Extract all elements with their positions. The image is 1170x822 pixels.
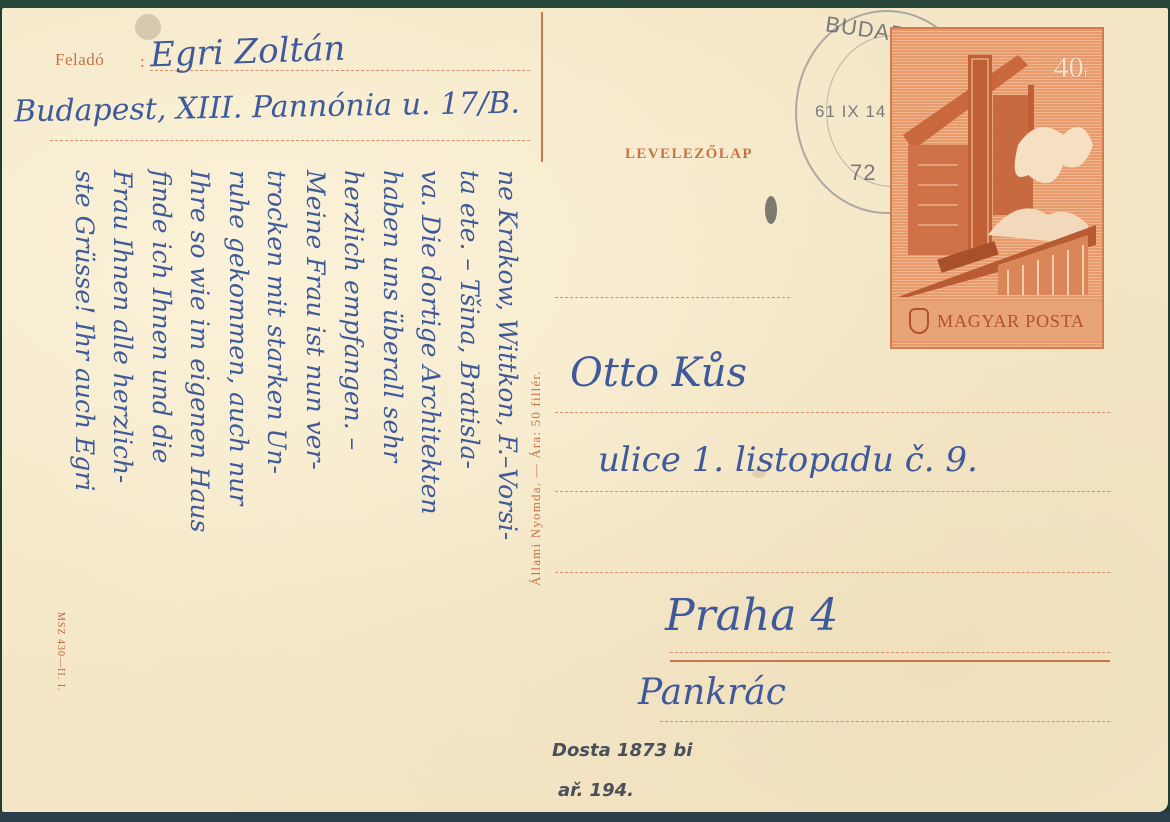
- scan-top-border: [0, 0, 1170, 8]
- divider-line: [541, 12, 543, 162]
- message-line: va. Die dortige Architekten: [416, 170, 445, 515]
- sender-line-2: [50, 140, 530, 141]
- address-line-2: [555, 491, 1110, 492]
- message-line: herzlich empfangen. –: [339, 170, 368, 450]
- sender-label: Feladó: [55, 50, 104, 70]
- recipient-city: Praha 4: [665, 590, 838, 641]
- message-line: finde ich Ihnen und die: [147, 170, 176, 463]
- message-line: ta ete. – Tšina, Bratisla-: [455, 170, 484, 469]
- message-body: ne Krakow, Wittkon, F.–Vorsi-ta ete. – T…: [42, 160, 512, 810]
- postmark-date: 61 IX 14: [815, 102, 886, 122]
- ink-blot: [765, 196, 777, 224]
- hungarian-coat-of-arms-icon: [909, 308, 929, 334]
- archive-note-line-2: ař. 194.: [558, 780, 634, 801]
- address-line-1: [555, 412, 1110, 413]
- address-line-0: [555, 297, 790, 298]
- message-line: ruhe gekommen, auch nur: [224, 170, 253, 505]
- stamp-country-label: MAGYAR POSTA: [892, 301, 1102, 341]
- message-line: Frau Ihnen alle herzlich-: [108, 170, 137, 483]
- address-line-3: [555, 572, 1110, 573]
- recipient-street: ulice 1. listopadu č. 9.: [598, 440, 978, 480]
- stamp-country: MAGYAR POSTA: [937, 311, 1085, 332]
- message-line: ne Krakow, Wittkon, F.–Vorsi-: [493, 170, 522, 540]
- address-underline-city: [670, 660, 1110, 662]
- sender-name: Egri Zoltán: [149, 29, 346, 76]
- recipient-name: Otto Kůs: [570, 350, 747, 396]
- scan-bottom-border: [0, 812, 1170, 822]
- printer-note: Állami Nyomda. — Ára: 50 fillér.: [528, 370, 544, 586]
- message-line: Meine Frau ist nun ver-: [301, 170, 330, 470]
- message-line: ste Grüsse! Ihr auch Egri: [70, 170, 99, 491]
- message-line: Ihre so wie im eigenen Haus: [185, 170, 214, 532]
- postcard-title: LEVELEZŐLAP: [625, 146, 753, 163]
- address-line-5: [660, 721, 1110, 722]
- stamp-value: 40f: [1054, 51, 1088, 85]
- message-line: haben uns überall sehr: [378, 170, 407, 462]
- address-line-4: [670, 652, 1110, 653]
- recipient-district: Pankrác: [638, 672, 786, 713]
- message-line: trocken mit starken Un-: [262, 170, 291, 474]
- sender-label-colon: :: [140, 52, 145, 72]
- postmark-number: 72: [850, 160, 876, 186]
- postage-stamp: 40f MAGYAR POSTA: [890, 27, 1104, 349]
- archive-note-line-1: Dosta 1873 bi: [552, 740, 692, 761]
